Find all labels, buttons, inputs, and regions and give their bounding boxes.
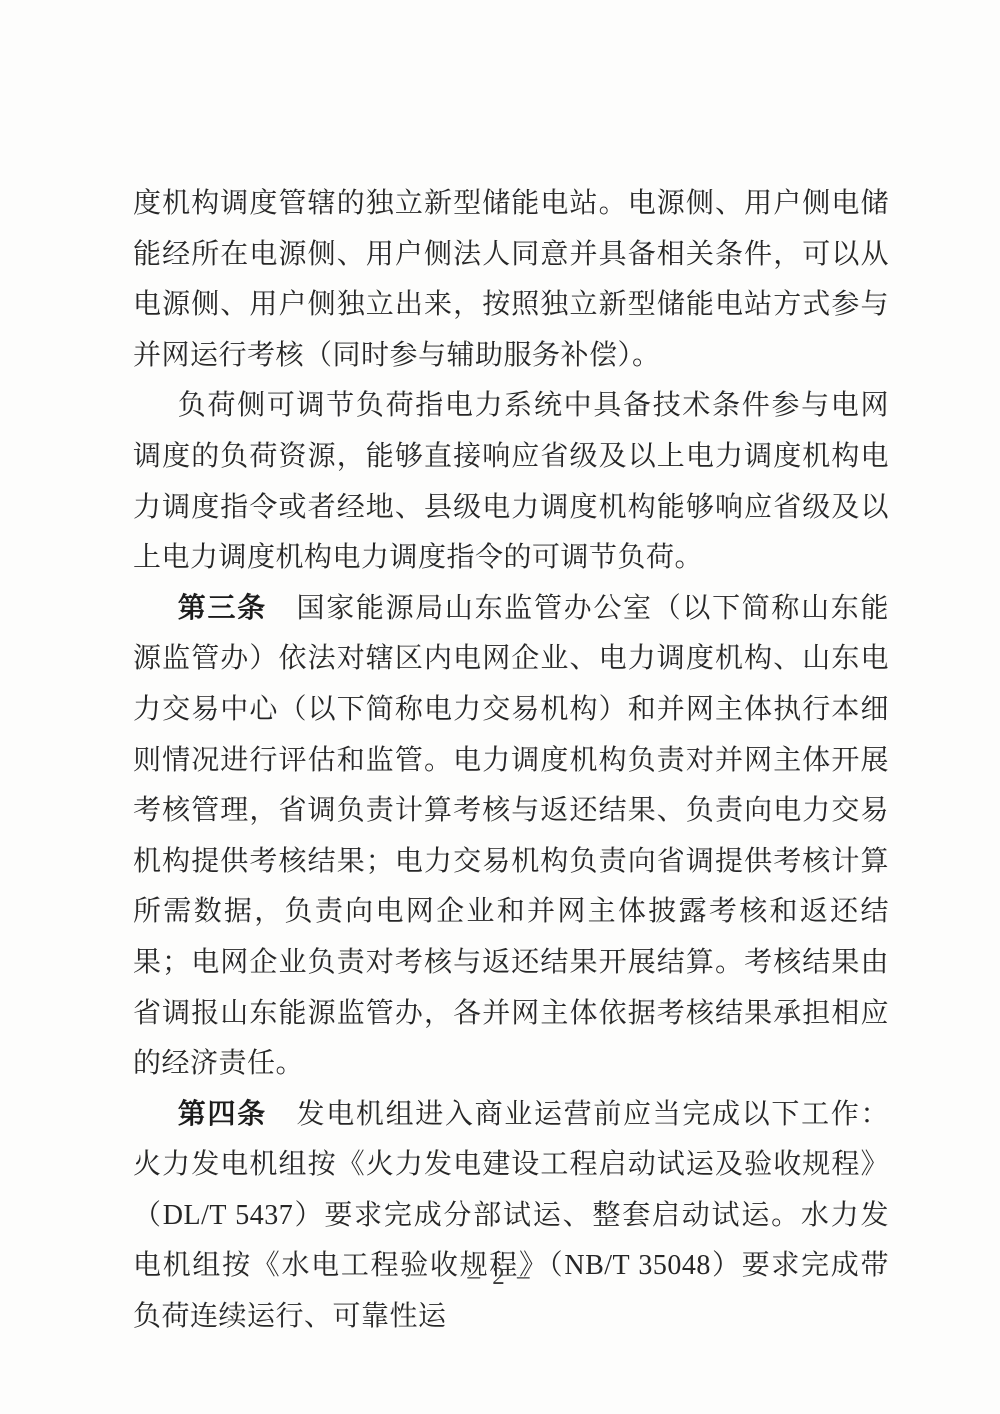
article-heading: 第三条 — [178, 593, 267, 624]
paragraph: 度机构调度管辖的独立新型储能电站。电源侧、用户侧电储能经所在电源侧、用户侧法人同… — [133, 179, 889, 381]
paragraph-text: 国家能源局山东监管办公室（以下简称山东能源监管办）依法对辖区内电网企业、电力调度… — [133, 593, 889, 1079]
page-number: – 2 – — [0, 1263, 1000, 1291]
paragraph: 第四条 发电机组进入商业运营前应当完成以下工作：火力发电机组按《火力发电建设工程… — [133, 1090, 889, 1343]
document-body: 度机构调度管辖的独立新型储能电站。电源侧、用户侧电储能经所在电源侧、用户侧法人同… — [133, 179, 889, 1343]
paragraph: 第三条 国家能源局山东监管办公室（以下简称山东能源监管办）依法对辖区内电网企业、… — [133, 584, 889, 1090]
paragraph-text: 发电机组进入商业运营前应当完成以下工作：火力发电机组按《火力发电建设工程启动试运… — [133, 1099, 889, 1332]
document-page: 度机构调度管辖的独立新型储能电站。电源侧、用户侧电储能经所在电源侧、用户侧法人同… — [0, 0, 1000, 1414]
paragraph-text: 度机构调度管辖的独立新型储能电站。电源侧、用户侧电储能经所在电源侧、用户侧法人同… — [133, 188, 889, 371]
paragraph-text: 负荷侧可调节负荷指电力系统中具备技术条件参与电网调度的负荷资源，能够直接响应省级… — [133, 390, 889, 573]
paragraph: 负荷侧可调节负荷指电力系统中具备技术条件参与电网调度的负荷资源，能够直接响应省级… — [133, 381, 889, 583]
article-heading: 第四条 — [178, 1099, 267, 1130]
